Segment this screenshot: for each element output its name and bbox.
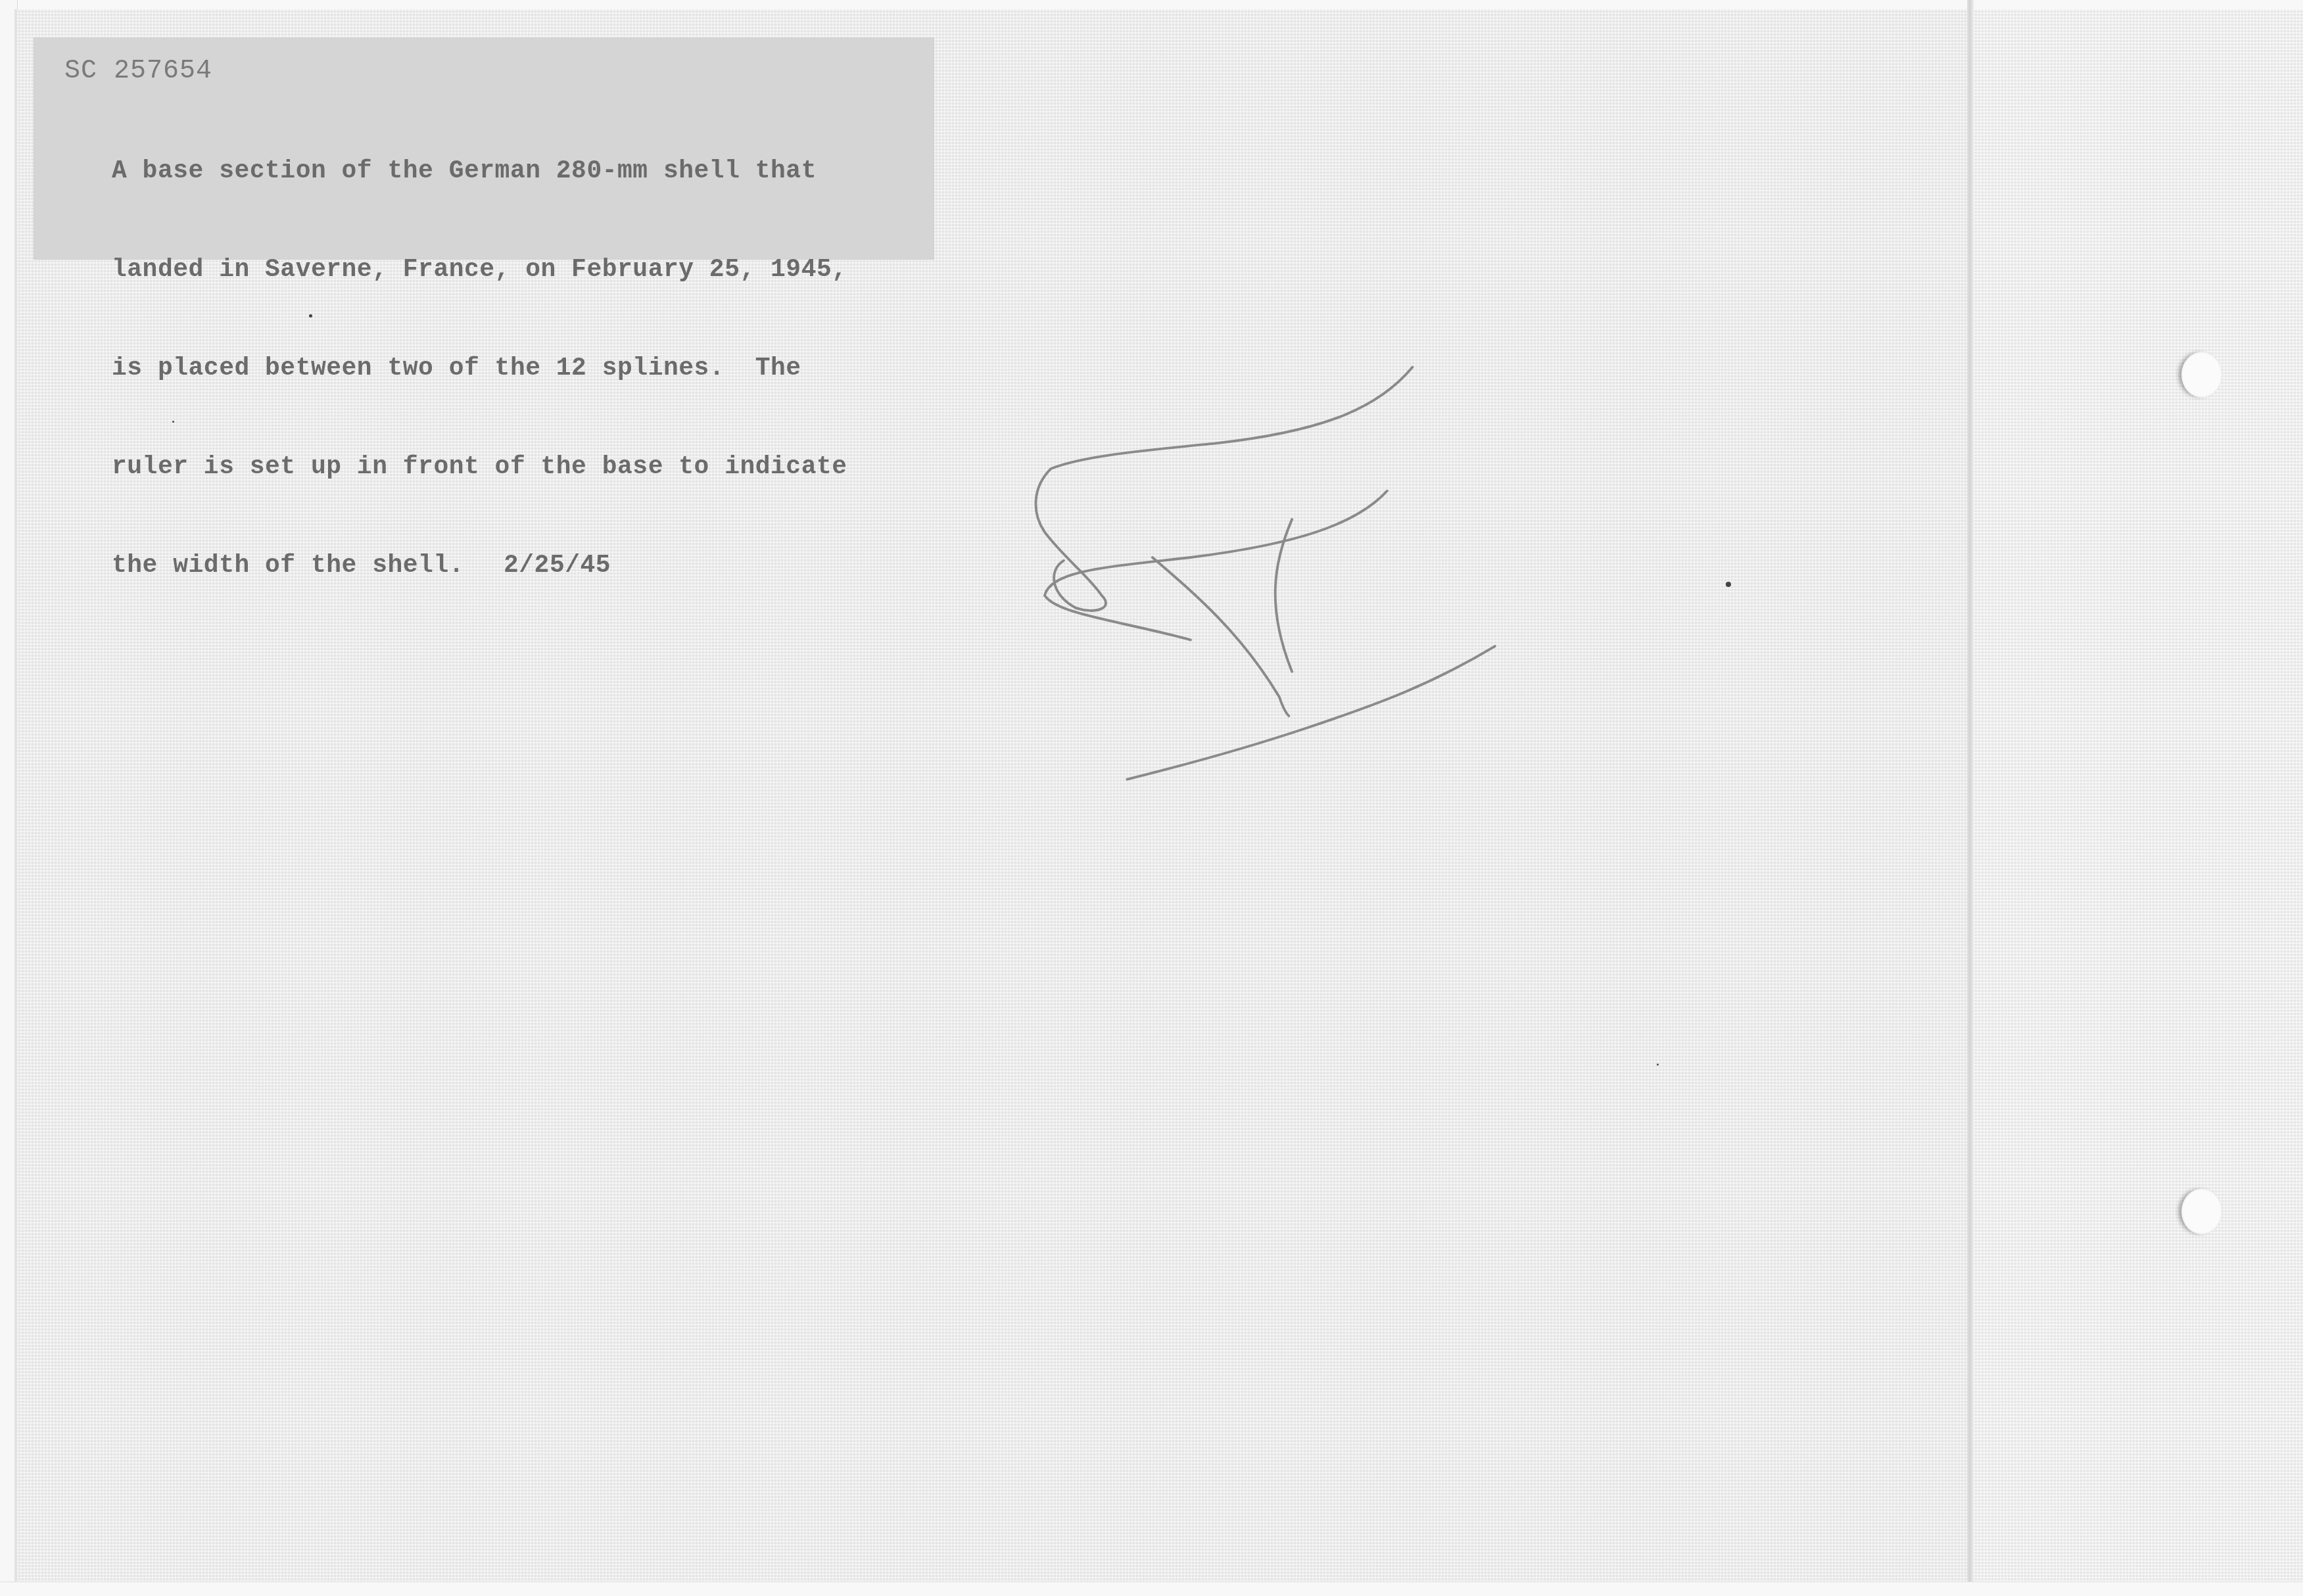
binding-strip	[1974, 9, 2303, 1582]
caption-text: A base section of the German 280-mm shel…	[112, 89, 847, 648]
caption-line: A base section of the German 280-mm shel…	[112, 155, 847, 188]
binding-fold	[1967, 0, 1974, 1596]
mount-left-edge	[0, 0, 18, 1596]
speck	[309, 314, 312, 317]
caption-id: SC 257654	[64, 57, 212, 86]
punch-hole-top	[2181, 352, 2222, 398]
caption-line: is placed between two of the 12 splines.…	[112, 352, 847, 385]
caption-line-last: the width of the shell.2/25/45	[112, 550, 847, 582]
caption-line: ruler is set up in front of the base to …	[112, 451, 847, 484]
caption-line: the width of the shell.	[112, 552, 464, 580]
mount-bottom-edge	[0, 1582, 2303, 1596]
caption-date: 2/25/45	[504, 552, 611, 580]
caption-label: SC 257654 A base section of the German 2…	[34, 38, 934, 259]
speck	[172, 421, 174, 423]
speck	[1657, 1064, 1659, 1066]
speck	[1726, 582, 1731, 587]
mount-top-edge	[17, 0, 2303, 10]
pencil-scribble-mark	[1026, 342, 1565, 881]
punch-hole-bottom	[2181, 1188, 2222, 1234]
caption-line: landed in Saverne, France, on February 2…	[112, 254, 847, 287]
